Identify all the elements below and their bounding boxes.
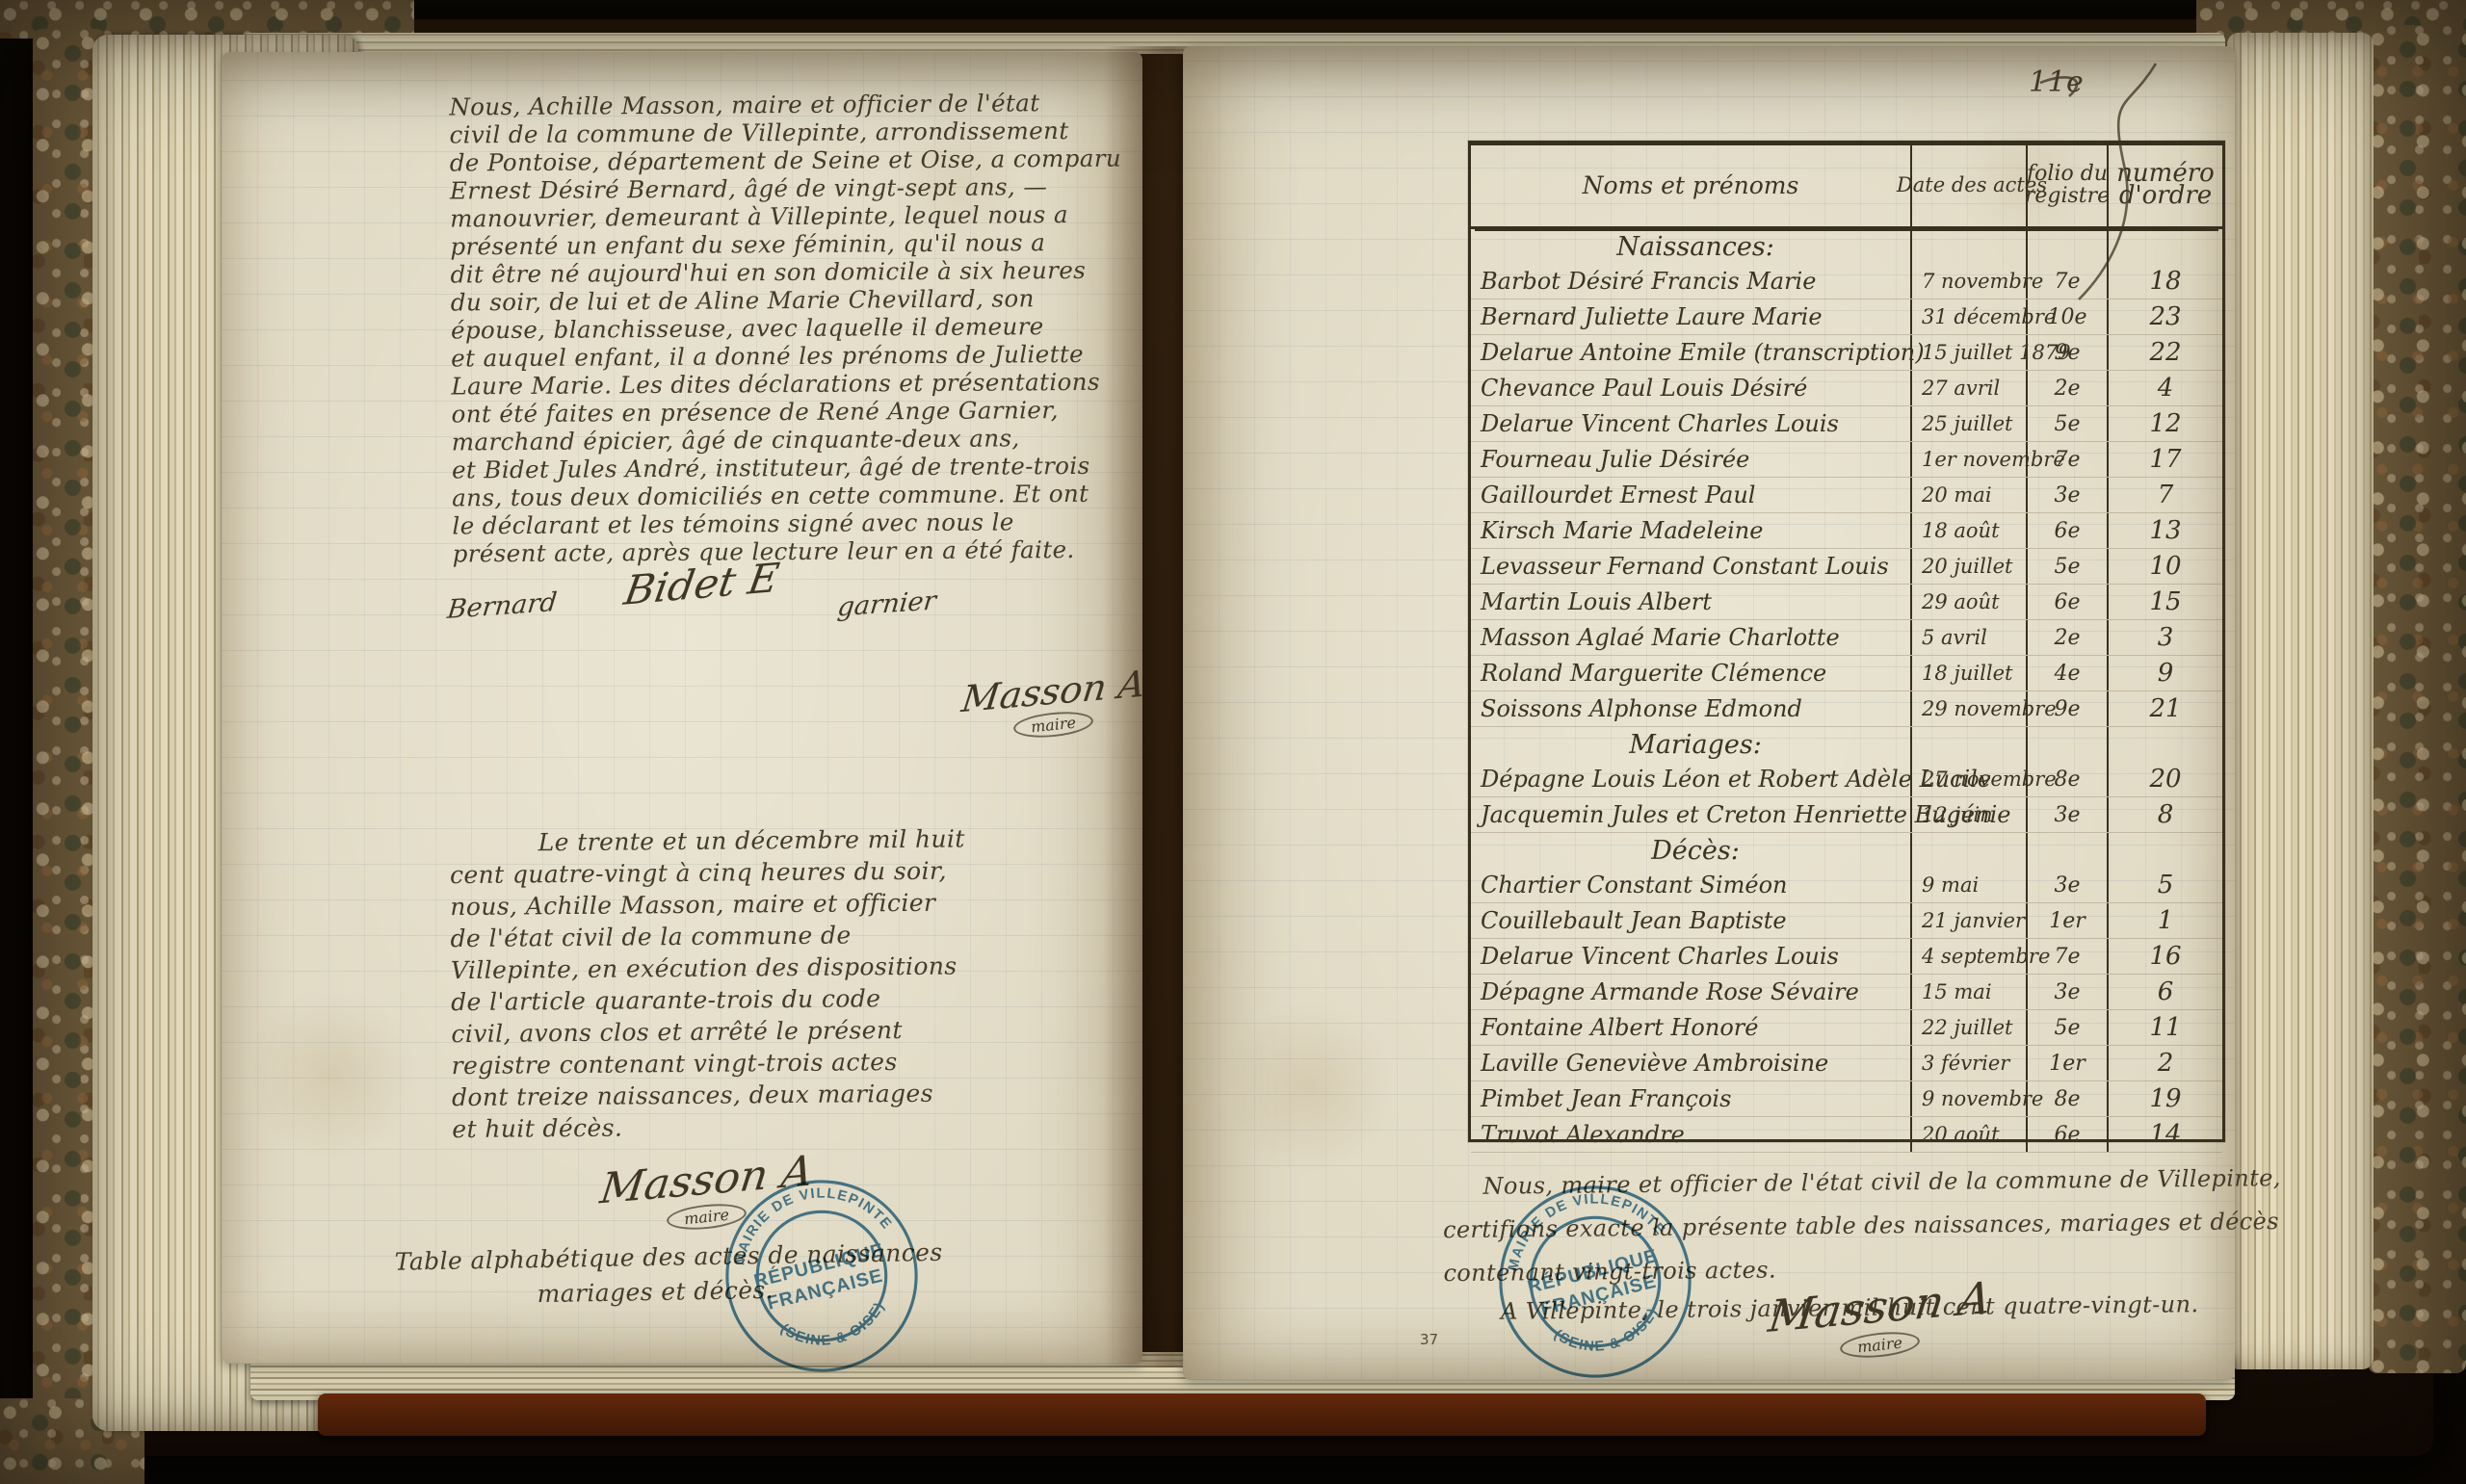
cell-order: 3 <box>2107 620 2222 655</box>
cell-date: 29 août <box>1910 585 2026 619</box>
cell-folio: 4e <box>2026 656 2107 690</box>
cell-name: Chevance Paul Louis Désiré <box>1471 371 1910 405</box>
cell-name: Martin Louis Albert <box>1471 585 1910 619</box>
cell-order: 7 <box>2107 478 2222 512</box>
table-section-title: Mariages: <box>1471 727 1910 762</box>
cell-name: Fourneau Julie Désirée <box>1471 442 1910 477</box>
cell-name: Dépagne Armande Rose Sévaire <box>1471 975 1910 1009</box>
table-row: Martin Louis Albert29 août6e15 <box>1471 585 2222 620</box>
cell-order: 17 <box>2107 442 2222 477</box>
book-bottom-board <box>318 1393 2206 1436</box>
cell-date: 4 septembre <box>1910 939 2026 974</box>
table-row: Roland Marguerite Clémence18 juillet4e9 <box>1471 656 2222 691</box>
table-row: Laville Geneviève Ambroisine3 février1er… <box>1471 1046 2222 1081</box>
sheet-number: 37 <box>1420 1331 1438 1348</box>
signature-witness-garnier: garnier <box>836 586 937 623</box>
cell-date: 15 mai <box>1910 975 2026 1009</box>
cell-name: Delarue Antoine Emile (transcription) <box>1471 335 1910 370</box>
header-folio: folio du registre <box>2026 143 2107 226</box>
cell-name: Masson Aglaé Marie Charlotte <box>1471 620 1910 655</box>
table-cell-empty <box>1910 727 2026 762</box>
cell-order: 19 <box>2107 1081 2222 1116</box>
table-row: Delarue Antoine Emile (transcription)15 … <box>1471 335 2222 371</box>
cell-name: Bernard Juliette Laure Marie <box>1471 299 1910 334</box>
table-row: Delarue Vincent Charles Louis4 septembre… <box>1471 939 2222 975</box>
cell-order: 5 <box>2107 868 2222 902</box>
cell-date: 9 mai <box>1910 868 2026 902</box>
cell-date: 3 février <box>1910 1046 2026 1080</box>
index-table: Noms et prénoms Date des actes folio du … <box>1468 141 2225 1142</box>
cell-date: 27 novembre <box>1910 762 2026 796</box>
table-row: Chartier Constant Siméon9 mai3e5 <box>1471 868 2222 903</box>
table-row: Dépagne Armande Rose Sévaire15 mai3e6 <box>1471 975 2222 1010</box>
cell-date: 12 juin <box>1910 797 2026 832</box>
table-row: Barbot Désiré Francis Marie7 novembre7e1… <box>1471 264 2222 299</box>
table-row: Kirsch Marie Madeleine18 août6e13 <box>1471 513 2222 549</box>
table-row: Chevance Paul Louis Désiré27 avril2e4 <box>1471 371 2222 406</box>
cell-date: 29 novembre <box>1910 691 2026 726</box>
cell-date: 7 novembre <box>1910 264 2026 299</box>
cell-order: 4 <box>2107 371 2222 405</box>
table-row: Fontaine Albert Honoré22 juillet5e11 <box>1471 1010 2222 1046</box>
cell-folio: 5e <box>2026 549 2107 584</box>
cell-date: 22 juillet <box>1910 1010 2026 1045</box>
cell-folio: 3e <box>2026 868 2107 902</box>
table-section-row: Décès: <box>1471 833 2222 868</box>
table-cell-empty <box>2026 727 2107 762</box>
marbled-cover-right-edge <box>2368 25 2466 1373</box>
cell-order: 15 <box>2107 585 2222 619</box>
table-cell-empty <box>1910 229 2026 264</box>
cell-order: 21 <box>2107 691 2222 726</box>
table-cell-empty <box>2107 727 2222 762</box>
cell-date: 18 août <box>1910 513 2026 548</box>
left-page: Nous, Achille Masson, maire et officier … <box>222 52 1142 1364</box>
cell-date: 25 juillet <box>1910 406 2026 441</box>
cell-folio: 1er <box>2026 1046 2107 1080</box>
header-date: Date des actes <box>1910 143 2026 226</box>
handwritten-line: ans, tous deux domiciliés en cette commu… <box>452 480 1138 512</box>
table-section-row: Naissances: <box>1471 229 2222 264</box>
table-section-title: Décès: <box>1471 833 1910 868</box>
cell-date: 9 novembre <box>1910 1081 2026 1116</box>
cell-folio: 1er <box>2026 903 2107 938</box>
cell-name: Levasseur Fernand Constant Louis <box>1471 549 1910 584</box>
cell-name: Dépagne Louis Léon et Robert Adèle Lucil… <box>1471 762 1910 796</box>
cell-order: 10 <box>2107 549 2222 584</box>
table-row: Masson Aglaé Marie Charlotte5 avril2e3 <box>1471 620 2222 656</box>
cell-order: 11 <box>2107 1010 2222 1045</box>
cell-name: Laville Geneviève Ambroisine <box>1471 1046 1910 1080</box>
cell-order: 13 <box>2107 513 2222 548</box>
cell-date: 15 juillet 1879 <box>1910 335 2026 370</box>
cell-order: 23 <box>2107 299 2222 334</box>
handwritten-line: présent acte, après que lecture leur en … <box>453 535 1139 568</box>
cell-folio: 8e <box>2026 1081 2107 1116</box>
table-row: Pimbet Jean François9 novembre8e19 <box>1471 1081 2222 1117</box>
table-row: Dépagne Louis Léon et Robert Adèle Lucil… <box>1471 762 2222 797</box>
cell-name: Barbot Désiré Francis Marie <box>1471 264 1910 299</box>
cell-name: Truvot Alexandre <box>1471 1117 1910 1152</box>
cell-order: 22 <box>2107 335 2222 370</box>
cell-folio: 3e <box>2026 975 2107 1009</box>
table-row: Couillebault Jean Baptiste21 janvier1er1 <box>1471 903 2222 939</box>
right-page: 11e Noms et prénoms Date des actes folio… <box>1183 46 2235 1380</box>
cell-name: Delarue Vincent Charles Louis <box>1471 406 1910 441</box>
cell-order: 16 <box>2107 939 2222 974</box>
table-cell-empty <box>2107 833 2222 868</box>
table-section-row: Mariages: <box>1471 727 2222 762</box>
signature-declarant: Bernard <box>446 587 559 625</box>
cell-name: Soissons Alphonse Edmond <box>1471 691 1910 726</box>
header-noms: Noms et prénoms <box>1471 143 1910 226</box>
closing-statement-paragraph: Le trente et un décembre mil huitcent qu… <box>450 821 1139 1145</box>
header-numero: numéro d'ordre <box>2107 143 2222 226</box>
cell-order: 6 <box>2107 975 2222 1009</box>
cell-folio: 5e <box>2026 406 2107 441</box>
cell-date: 5 avril <box>1910 620 2026 655</box>
cell-folio: 9e <box>2026 335 2107 370</box>
cell-name: Couillebault Jean Baptiste <box>1471 903 1910 938</box>
cell-folio: 9e <box>2026 691 2107 726</box>
cell-name: Fontaine Albert Honoré <box>1471 1010 1910 1045</box>
cell-folio: 10e <box>2026 299 2107 334</box>
cell-order: 2 <box>2107 1046 2222 1080</box>
table-cell-empty <box>2107 229 2222 264</box>
cell-order: 20 <box>2107 762 2222 796</box>
cell-name: Chartier Constant Siméon <box>1471 868 1910 902</box>
cell-folio: 3e <box>2026 797 2107 832</box>
table-row: Fourneau Julie Désirée1er novembre7e17 <box>1471 442 2222 478</box>
cell-name: Delarue Vincent Charles Louis <box>1471 939 1910 974</box>
cell-order: 8 <box>2107 797 2222 832</box>
cell-date: 20 mai <box>1910 478 2026 512</box>
cell-folio: 7e <box>2026 442 2107 477</box>
table-section-title: Naissances: <box>1471 229 1910 264</box>
cell-order: 12 <box>2107 406 2222 441</box>
index-table-body: Naissances:Barbot Désiré Francis Marie7 … <box>1471 229 2222 1153</box>
cell-name: Gaillourdet Ernest Paul <box>1471 478 1910 512</box>
mayor-signature-name: Masson A <box>1766 1271 1994 1342</box>
handwritten-line: et huit décès. <box>452 1107 1138 1145</box>
table-row: Bernard Juliette Laure Marie31 décembre1… <box>1471 299 2222 335</box>
cell-order: 1 <box>2107 903 2222 938</box>
table-row: Truvot Alexandre20 août6e14 <box>1471 1117 2222 1153</box>
cell-folio: 3e <box>2026 478 2107 512</box>
table-row: Levasseur Fernand Constant Louis20 juill… <box>1471 549 2222 585</box>
table-row: Soissons Alphonse Edmond29 novembre9e21 <box>1471 691 2222 727</box>
cell-folio: 5e <box>2026 1010 2107 1045</box>
signature-mayor-table: Masson A maire <box>1771 1281 1989 1357</box>
table-cell-empty <box>2026 833 2107 868</box>
cell-order: 9 <box>2107 656 2222 690</box>
table-row: Gaillourdet Ernest Paul20 mai3e7 <box>1471 478 2222 513</box>
index-table-header: Noms et prénoms Date des actes folio du … <box>1471 143 2222 229</box>
cell-folio: 7e <box>2026 264 2107 299</box>
cell-date: 20 juillet <box>1910 549 2026 584</box>
cell-folio: 6e <box>2026 1117 2107 1152</box>
cell-folio: 2e <box>2026 371 2107 405</box>
cell-folio: 7e <box>2026 939 2107 974</box>
cell-date: 20 août <box>1910 1117 2026 1152</box>
table-cell-empty <box>2026 229 2107 264</box>
cell-name: Jacquemin Jules et Creton Henriette Eugé… <box>1471 797 1910 832</box>
cell-folio: 6e <box>2026 513 2107 548</box>
cell-date: 21 janvier <box>1910 903 2026 938</box>
cell-folio: 8e <box>2026 762 2107 796</box>
cell-date: 31 décembre <box>1910 299 2026 334</box>
cell-date: 18 juillet <box>1910 656 2026 690</box>
birth-act-paragraph: Nous, Achille Masson, maire et officier … <box>449 89 1138 568</box>
register-book-photo: Nous, Achille Masson, maire et officier … <box>0 0 2466 1484</box>
cell-date: 1er novembre <box>1910 442 2026 477</box>
cell-order: 18 <box>2107 264 2222 299</box>
table-cell-empty <box>1910 833 2026 868</box>
table-row: Delarue Vincent Charles Louis25 juillet5… <box>1471 406 2222 442</box>
cell-order: 14 <box>2107 1117 2222 1152</box>
cell-folio: 6e <box>2026 585 2107 619</box>
cell-name: Roland Marguerite Clémence <box>1471 656 1910 690</box>
cell-name: Kirsch Marie Madeleine <box>1471 513 1910 548</box>
table-row: Jacquemin Jules et Creton Henriette Eugé… <box>1471 797 2222 833</box>
handwritten-line: ont été faites en présence de René Ange … <box>452 396 1138 429</box>
cell-date: 27 avril <box>1910 371 2026 405</box>
cell-name: Pimbet Jean François <box>1471 1081 1910 1116</box>
cell-folio: 2e <box>2026 620 2107 655</box>
